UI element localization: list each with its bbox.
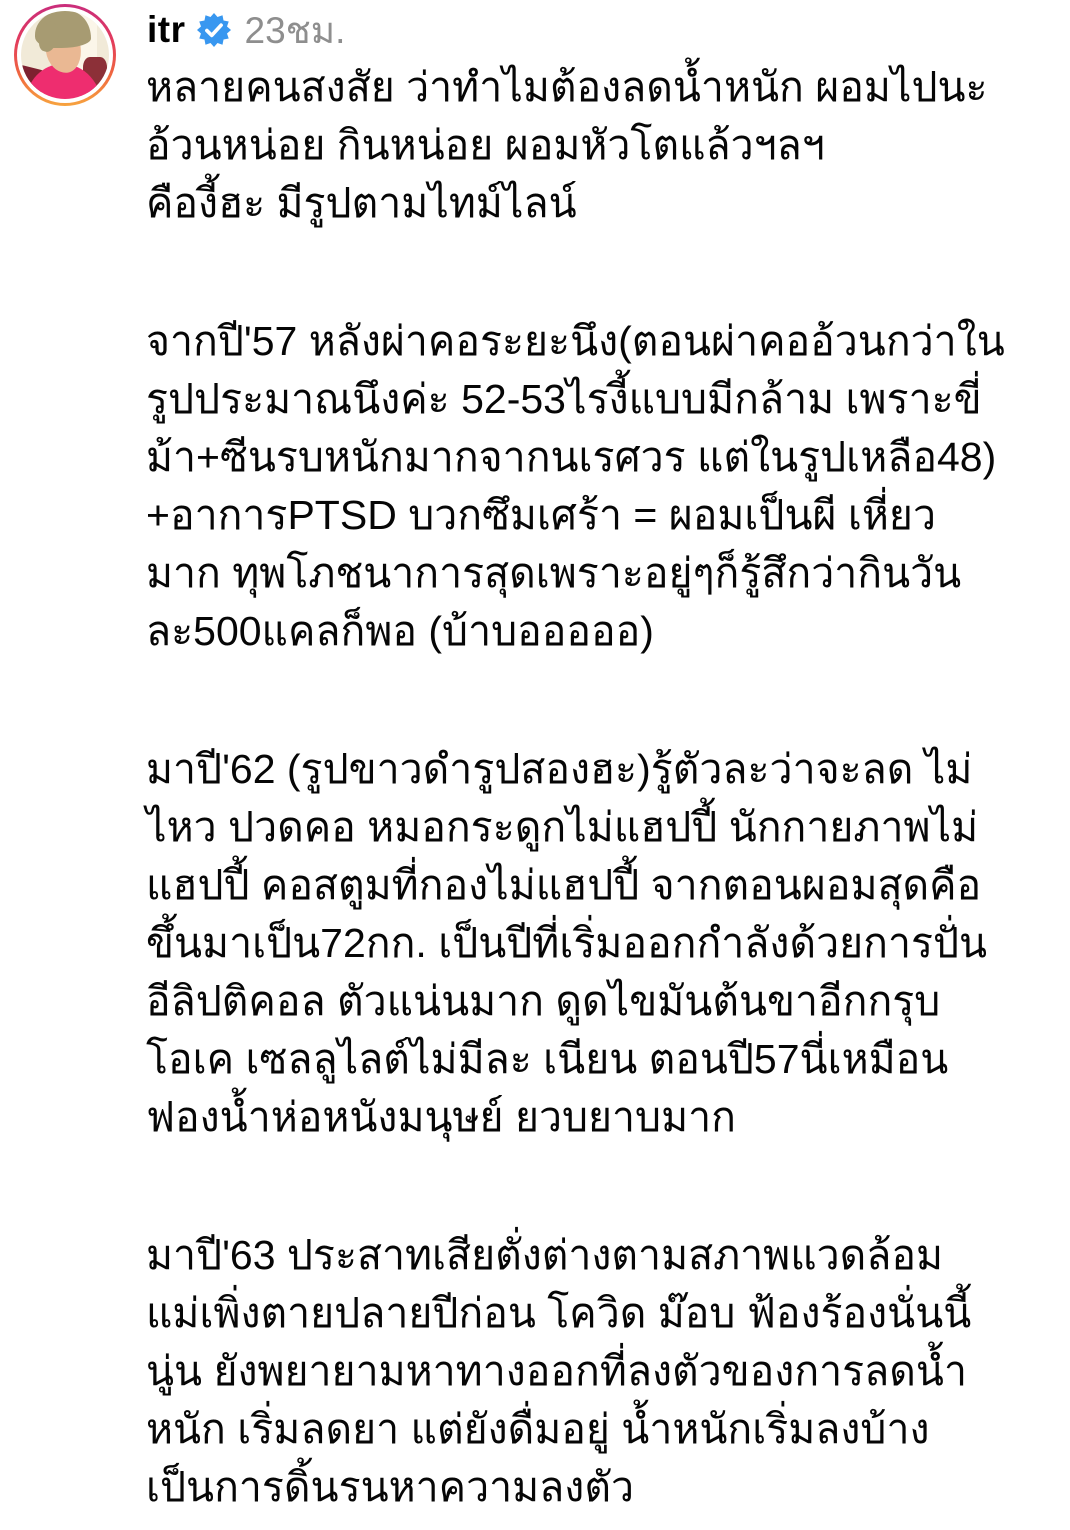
instagram-comment: { "post": { "username": "itr", "timestam… xyxy=(0,0,1070,1530)
comment-text: หลายคนสงสัย ว่าทำไมต้องลดน้ำหนัก ผอมไปนะ… xyxy=(146,58,1066,1516)
comment-paragraph-2: จากปี'57 หลังผ่าคอระยะนึง(ตอนผ่าคออ้วนกว… xyxy=(146,312,1066,660)
comment-paragraph-1: หลายคนสงสัย ว่าทำไมต้องลดน้ำหนัก ผอมไปนะ… xyxy=(146,58,1066,232)
comment-header: itr 23ชม. xyxy=(147,8,345,52)
comment-paragraph-4: มาปี'63 ประสาทเสียตั่งต่างตามสภาพแวดล้อม… xyxy=(146,1226,1066,1516)
avatar-ring-gap xyxy=(17,7,113,103)
verified-badge-icon xyxy=(197,13,231,47)
comment-paragraph-3: มาปี'62 (รูปขาวดำรูปสองฮะ)รู้ตัวละว่าจะล… xyxy=(146,740,1066,1146)
comment-timestamp: 23ชม. xyxy=(245,1,346,60)
username-link[interactable]: itr xyxy=(147,9,186,51)
avatar[interactable] xyxy=(14,4,116,106)
avatar-photo xyxy=(21,11,109,99)
